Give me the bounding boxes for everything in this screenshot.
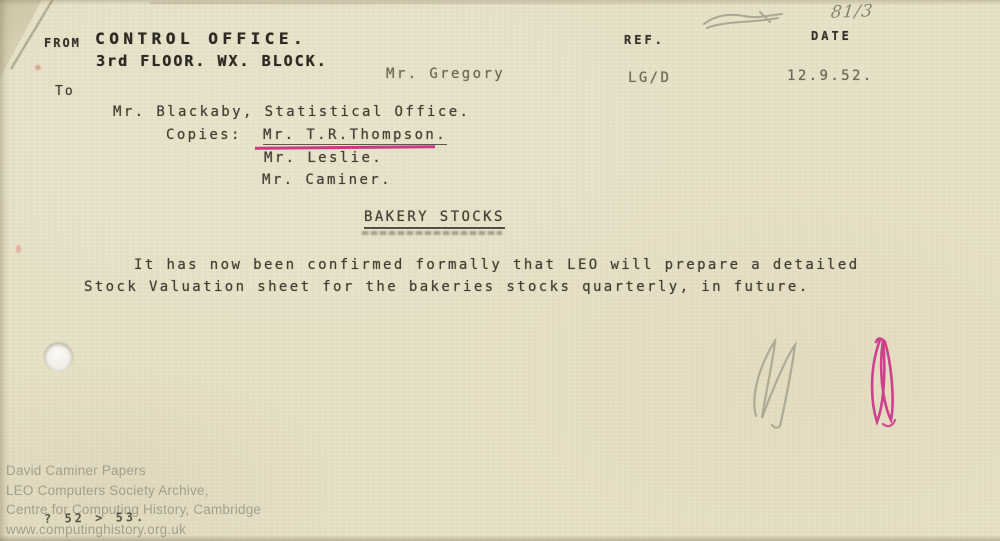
red-ink-fleck bbox=[35, 65, 41, 70]
pencil-scribble-mark bbox=[700, 8, 788, 34]
archive-watermark: David Caminer Papers LEO Computers Socie… bbox=[6, 461, 261, 539]
body-line-1: It has now been confirmed formally that … bbox=[134, 257, 860, 273]
scanned-memo-document: FROM CONTROL OFFICE. 3rd FLOOR. WX. BLOC… bbox=[0, 0, 1000, 541]
watermark-line: David Caminer Papers bbox=[6, 461, 261, 481]
pink-pen-underline bbox=[255, 145, 435, 149]
date-label: DATE bbox=[811, 29, 852, 43]
from-label: FROM bbox=[44, 36, 81, 50]
date-value: 12.9.52. bbox=[787, 68, 874, 84]
copies-caminer: Mr. Caminer. bbox=[262, 172, 392, 188]
pencil-initial-mark bbox=[742, 328, 812, 433]
to-label: To bbox=[55, 84, 75, 99]
ref-label: REF. bbox=[624, 33, 665, 47]
attention-name: Mr. Gregory bbox=[386, 66, 505, 82]
pencil-folio-note: 81/3 bbox=[830, 1, 874, 22]
subject-heading: BAKERY STOCKS bbox=[364, 209, 505, 229]
copies-label: Copies: bbox=[166, 127, 242, 143]
paper-edge-left bbox=[0, 0, 10, 541]
subject-typed-underline-smudge bbox=[362, 231, 502, 235]
watermark-line: LEO Computers Society Archive, bbox=[6, 481, 261, 501]
ref-value: LG/D bbox=[628, 70, 671, 86]
body-line-2: Stock Valuation sheet for the bakeries s… bbox=[84, 279, 810, 295]
red-ink-fleck bbox=[16, 245, 21, 253]
to-value: Mr. Blackaby, Statistical Office. bbox=[113, 104, 470, 120]
from-office-line: CONTROL OFFICE. bbox=[95, 29, 307, 48]
hole-punch bbox=[45, 343, 72, 370]
copies-item: Mr. T.R.Thompson. bbox=[263, 127, 447, 143]
from-floor-line: 3rd FLOOR. WX. BLOCK. bbox=[96, 52, 328, 70]
archive-stamp-note: ? 52 > 53. bbox=[44, 510, 146, 526]
pink-pen-mark bbox=[858, 328, 910, 433]
copies-leslie: Mr. Leslie. bbox=[264, 150, 383, 166]
copies-thompson: Mr. T.R.Thompson. bbox=[263, 127, 447, 145]
